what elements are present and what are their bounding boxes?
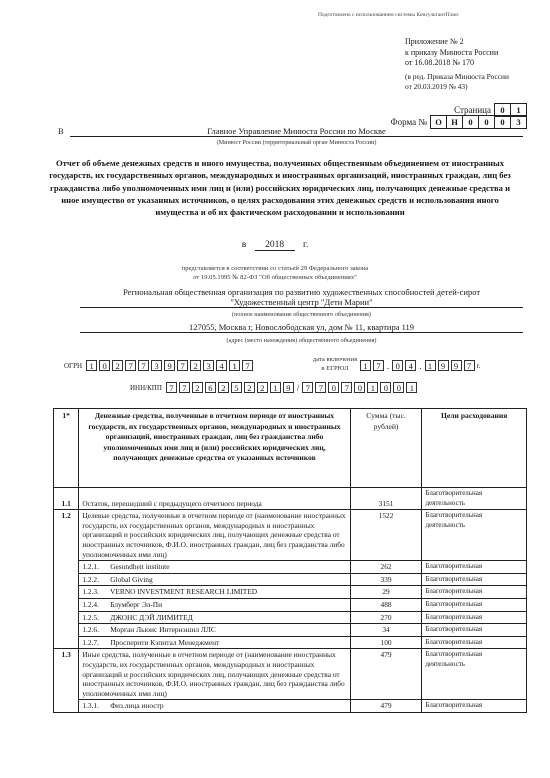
- subrow-code: 1.2.2.: [82, 575, 108, 585]
- subrow-sum: 100: [350, 636, 422, 649]
- subrow-description: 1.2.4. Блумберг Эл-Пи: [79, 598, 350, 611]
- ogrn-digits: 1027739723417: [86, 360, 255, 371]
- table-subrow: 1.2.2. Global Giving339Благотворительная: [54, 573, 527, 586]
- subrow-description: 1.2.7. Просперити Кэпитал Менеджмент: [79, 636, 350, 649]
- digit-box: 0: [380, 382, 391, 393]
- subrow-code: 1.2.6.: [82, 625, 108, 635]
- digit-box: 7: [464, 360, 475, 371]
- subrow-description: 1.2.5. ДЖОНС ДЭЙ ЛИМИТЕД: [79, 611, 350, 624]
- digit-box: 2: [257, 382, 268, 393]
- inn-digits: 7726252219: [166, 382, 296, 393]
- egrul-date-field: 17 . 04 . 1997 г.: [360, 360, 484, 371]
- subrow-name: Gesundheit institute: [110, 562, 169, 571]
- digit-box: 7: [177, 360, 188, 371]
- digit-box: 1: [425, 360, 436, 371]
- amendment-note: (в ред. Приказа Минюста России от 20.03.…: [405, 72, 509, 92]
- subrow-name: Морган Льюис Интернэшнл ЛЛС: [110, 625, 216, 634]
- subrow-sum: 339: [350, 573, 422, 586]
- date-day: 17: [360, 360, 386, 371]
- digit-box: 0: [392, 360, 403, 371]
- digit-box: 2: [190, 360, 201, 371]
- year-value: 2018: [255, 240, 295, 251]
- subrow-sum: 270: [350, 611, 422, 624]
- digit-box: 7: [179, 382, 190, 393]
- digit-box: 1: [229, 360, 240, 371]
- page-label: Страница: [454, 105, 491, 115]
- digit-box: 9: [283, 382, 294, 393]
- inn-kpp-field: ИНН/КПП 7726252219 / 770701001: [130, 382, 419, 393]
- subrow-description: 1.2.1. Gesundheit institute: [79, 561, 350, 574]
- amendment-line: от 20.03.2019 № 43): [405, 82, 509, 92]
- digit-box: 7: [125, 360, 136, 371]
- digit-box: 2: [192, 382, 203, 393]
- digit-box: 1: [360, 360, 371, 371]
- subrow-purpose: Благотворительная: [422, 700, 527, 713]
- date-separator: .: [387, 361, 389, 371]
- subrow-description: 1.2.3. VERNO INVESTMENT RESEARCH LIMITED: [79, 586, 350, 599]
- row-description: Целевые средства, полученные в отчетном …: [79, 510, 350, 561]
- digit-box: 0: [354, 382, 365, 393]
- date-month: 04: [392, 360, 418, 371]
- date-suffix: г.: [477, 362, 481, 370]
- table-subrow: 1.2.3. VERNO INVESTMENT RESEARCH LIMITED…: [54, 586, 527, 599]
- digit-box: 9: [451, 360, 462, 371]
- digit-box: 7: [302, 382, 313, 393]
- amendment-line: (в ред. Приказа Минюста России: [405, 72, 509, 82]
- report-year: в 2018 г.: [0, 240, 550, 251]
- appendix-line: от 16.08.2018 № 170: [405, 58, 509, 69]
- row-number: 1.1: [54, 488, 79, 510]
- digit-box: 7: [242, 360, 253, 371]
- row-sum: 479: [350, 649, 422, 700]
- law-line: от 19.05.1995 № 82-ФЗ "Об общественных о…: [0, 273, 550, 282]
- row-purpose: Благотворительная деятельность: [422, 488, 527, 510]
- subrow-code: 1.2.5.: [82, 613, 108, 623]
- digit-box: 7: [138, 360, 149, 371]
- subrow-name: Блумберг Эл-Пи: [110, 600, 162, 609]
- table-subrow: 1.2.1. Gesundheit institute262Благотвори…: [54, 561, 527, 574]
- digit-box: 7: [373, 360, 384, 371]
- header-section-number: 1*: [54, 409, 79, 488]
- digit-box: 0: [99, 360, 110, 371]
- subrow-name: Global Giving: [110, 575, 153, 584]
- appendix-line: к приказу Минюста России: [405, 48, 509, 59]
- ogrn-field: ОГРН 1027739723417: [64, 360, 255, 371]
- digit-box: 2: [244, 382, 255, 393]
- digit-box: 2: [218, 382, 229, 393]
- digit-box: 2: [112, 360, 123, 371]
- subrow-code: 1.2.3.: [82, 587, 108, 597]
- table-subrow: 1.2.4. Блумберг Эл-Пи488Благотворительна…: [54, 598, 527, 611]
- row-description: Иные средства, полученные в отчетном пер…: [79, 649, 350, 700]
- inn-kpp-separator: /: [297, 383, 300, 393]
- funds-table: 1* Денежные средства, полученные в отчет…: [53, 408, 527, 713]
- year-suffix: г.: [303, 240, 308, 250]
- digit-box: 1: [270, 382, 281, 393]
- org-name-line1: Региональная общественная организация по…: [80, 287, 523, 297]
- subrow-name: VERNO INVESTMENT RESEARCH LIMITED: [110, 587, 257, 596]
- law-reference: представляется в соответствии со статьей…: [0, 264, 550, 282]
- subrow-name: ДЖОНС ДЭЙ ЛИМИТЕД: [110, 613, 193, 622]
- table-subrow: 1.2.5. ДЖОНС ДЭЙ ЛИМИТЕД270Благотворител…: [54, 611, 527, 624]
- authority-prefix: В: [58, 126, 64, 136]
- appendix-line: Приложение № 2: [405, 37, 509, 48]
- digit-box: 4: [405, 360, 416, 371]
- table-subrow: 1.2.7. Просперити Кэпитал Менеджмент100Б…: [54, 636, 527, 649]
- year-prefix: в: [242, 240, 247, 250]
- digit-box: 1: [86, 360, 97, 371]
- subrow-sum: 479: [350, 700, 422, 713]
- kpp-digits: 770701001: [302, 382, 419, 393]
- subrow-sum: 488: [350, 598, 422, 611]
- consultant-note: Подготовлено с использованием системы Ко…: [318, 12, 459, 18]
- subrow-description: 1.2.6. Морган Льюис Интернэшнл ЛЛС: [79, 624, 350, 637]
- table-row: 1.2Целевые средства, полученные в отчетн…: [54, 510, 527, 561]
- authority-caption: (Минюст России (территориальный орган Ми…: [70, 139, 523, 146]
- inn-kpp-label: ИНН/КПП: [130, 384, 162, 392]
- subrow-sum: 34: [350, 624, 422, 637]
- row-sum: 1522: [350, 510, 422, 561]
- organization-name: Региональная общественная организация по…: [80, 287, 523, 308]
- digit-box: 0: [393, 382, 404, 393]
- digit-box: 7: [341, 382, 352, 393]
- digit-box: 3: [151, 360, 162, 371]
- row-description: Остаток, перешедший с предыдущего отчетн…: [79, 488, 350, 510]
- digit-box: 9: [438, 360, 449, 371]
- table-subrow: 1.2.6. Морган Льюис Интернэшнл ЛЛС34Благ…: [54, 624, 527, 637]
- subrow-purpose: Благотворительная: [422, 561, 527, 574]
- digit-box: 7: [315, 382, 326, 393]
- subrow-code: 1.2.7.: [82, 638, 108, 648]
- subrow-name: Просперити Кэпитал Менеджмент: [110, 638, 219, 647]
- digit-box: 0: [328, 382, 339, 393]
- ogrn-label: ОГРН: [64, 362, 82, 370]
- digit-box: 6: [205, 382, 216, 393]
- row-sum: 3151: [350, 488, 422, 510]
- table-row: 1.1Остаток, перешедший с предыдущего отч…: [54, 488, 527, 510]
- subrow-sum: 29: [350, 586, 422, 599]
- report-title: Отчет об объеме денежных средств и иного…: [40, 157, 520, 218]
- authority-name: Главное Управление Минюста России по Мос…: [70, 126, 523, 137]
- subrow-purpose: Благотворительная: [422, 573, 527, 586]
- table-subrow: 1.3.1. Физ.лица иностр479Благотворительн…: [54, 700, 527, 713]
- subrow-code: 1.3.1.: [82, 701, 108, 711]
- date-separator: .: [419, 361, 421, 371]
- digit-box: 4: [216, 360, 227, 371]
- subrow-purpose: Благотворительная: [422, 598, 527, 611]
- row-number: 1.3: [54, 649, 79, 713]
- table-header-row: 1* Денежные средства, полученные в отчет…: [54, 409, 527, 488]
- subrow-purpose: Благотворительная: [422, 611, 527, 624]
- org-name-line2: "Художественный центр "Дети Марии": [80, 297, 523, 308]
- header-sum: Сумма (тыс. рублей): [350, 409, 422, 488]
- appendix-block: Приложение № 2 к приказу Минюста России …: [405, 37, 509, 92]
- digit-box: 9: [164, 360, 175, 371]
- subrow-name: Физ.лица иностр: [110, 701, 163, 710]
- org-name-caption: (полное наименование общественного объед…: [80, 311, 523, 318]
- subrow-code: 1.2.1.: [82, 562, 108, 572]
- subrow-purpose: Благотворительная: [422, 624, 527, 637]
- subrow-description: 1.2.2. Global Giving: [79, 573, 350, 586]
- law-line: представляется в соответствии со статьей…: [0, 264, 550, 273]
- digit-box: 7: [166, 382, 177, 393]
- subrow-purpose: Благотворительная: [422, 586, 527, 599]
- date-year: 1997: [425, 360, 477, 371]
- org-address-caption: (адрес (место нахождения) общественного …: [80, 337, 523, 344]
- row-number: 1.2: [54, 510, 79, 649]
- subrow-purpose: Благотворительная: [422, 636, 527, 649]
- header-description: Денежные средства, полученные в отчетном…: [79, 409, 350, 488]
- table-row: 1.3Иные средства, полученные в отчетном …: [54, 649, 527, 700]
- subrow-code: 1.2.4.: [82, 600, 108, 610]
- digit-box: 1: [367, 382, 378, 393]
- table-body: 1.1Остаток, перешедший с предыдущего отч…: [54, 488, 527, 713]
- subrow-description: 1.3.1. Физ.лица иностр: [79, 700, 350, 713]
- row-purpose: Благотворительная деятельность: [422, 510, 527, 561]
- row-purpose: Благотворительная деятельность: [422, 649, 527, 700]
- subrow-sum: 262: [350, 561, 422, 574]
- header-purpose: Цели расходования: [422, 409, 527, 488]
- digit-box: 1: [406, 382, 417, 393]
- organization-address: 127055, Москва г, Новослободская ул, дом…: [80, 322, 523, 333]
- digit-box: 3: [203, 360, 214, 371]
- digit-box: 5: [231, 382, 242, 393]
